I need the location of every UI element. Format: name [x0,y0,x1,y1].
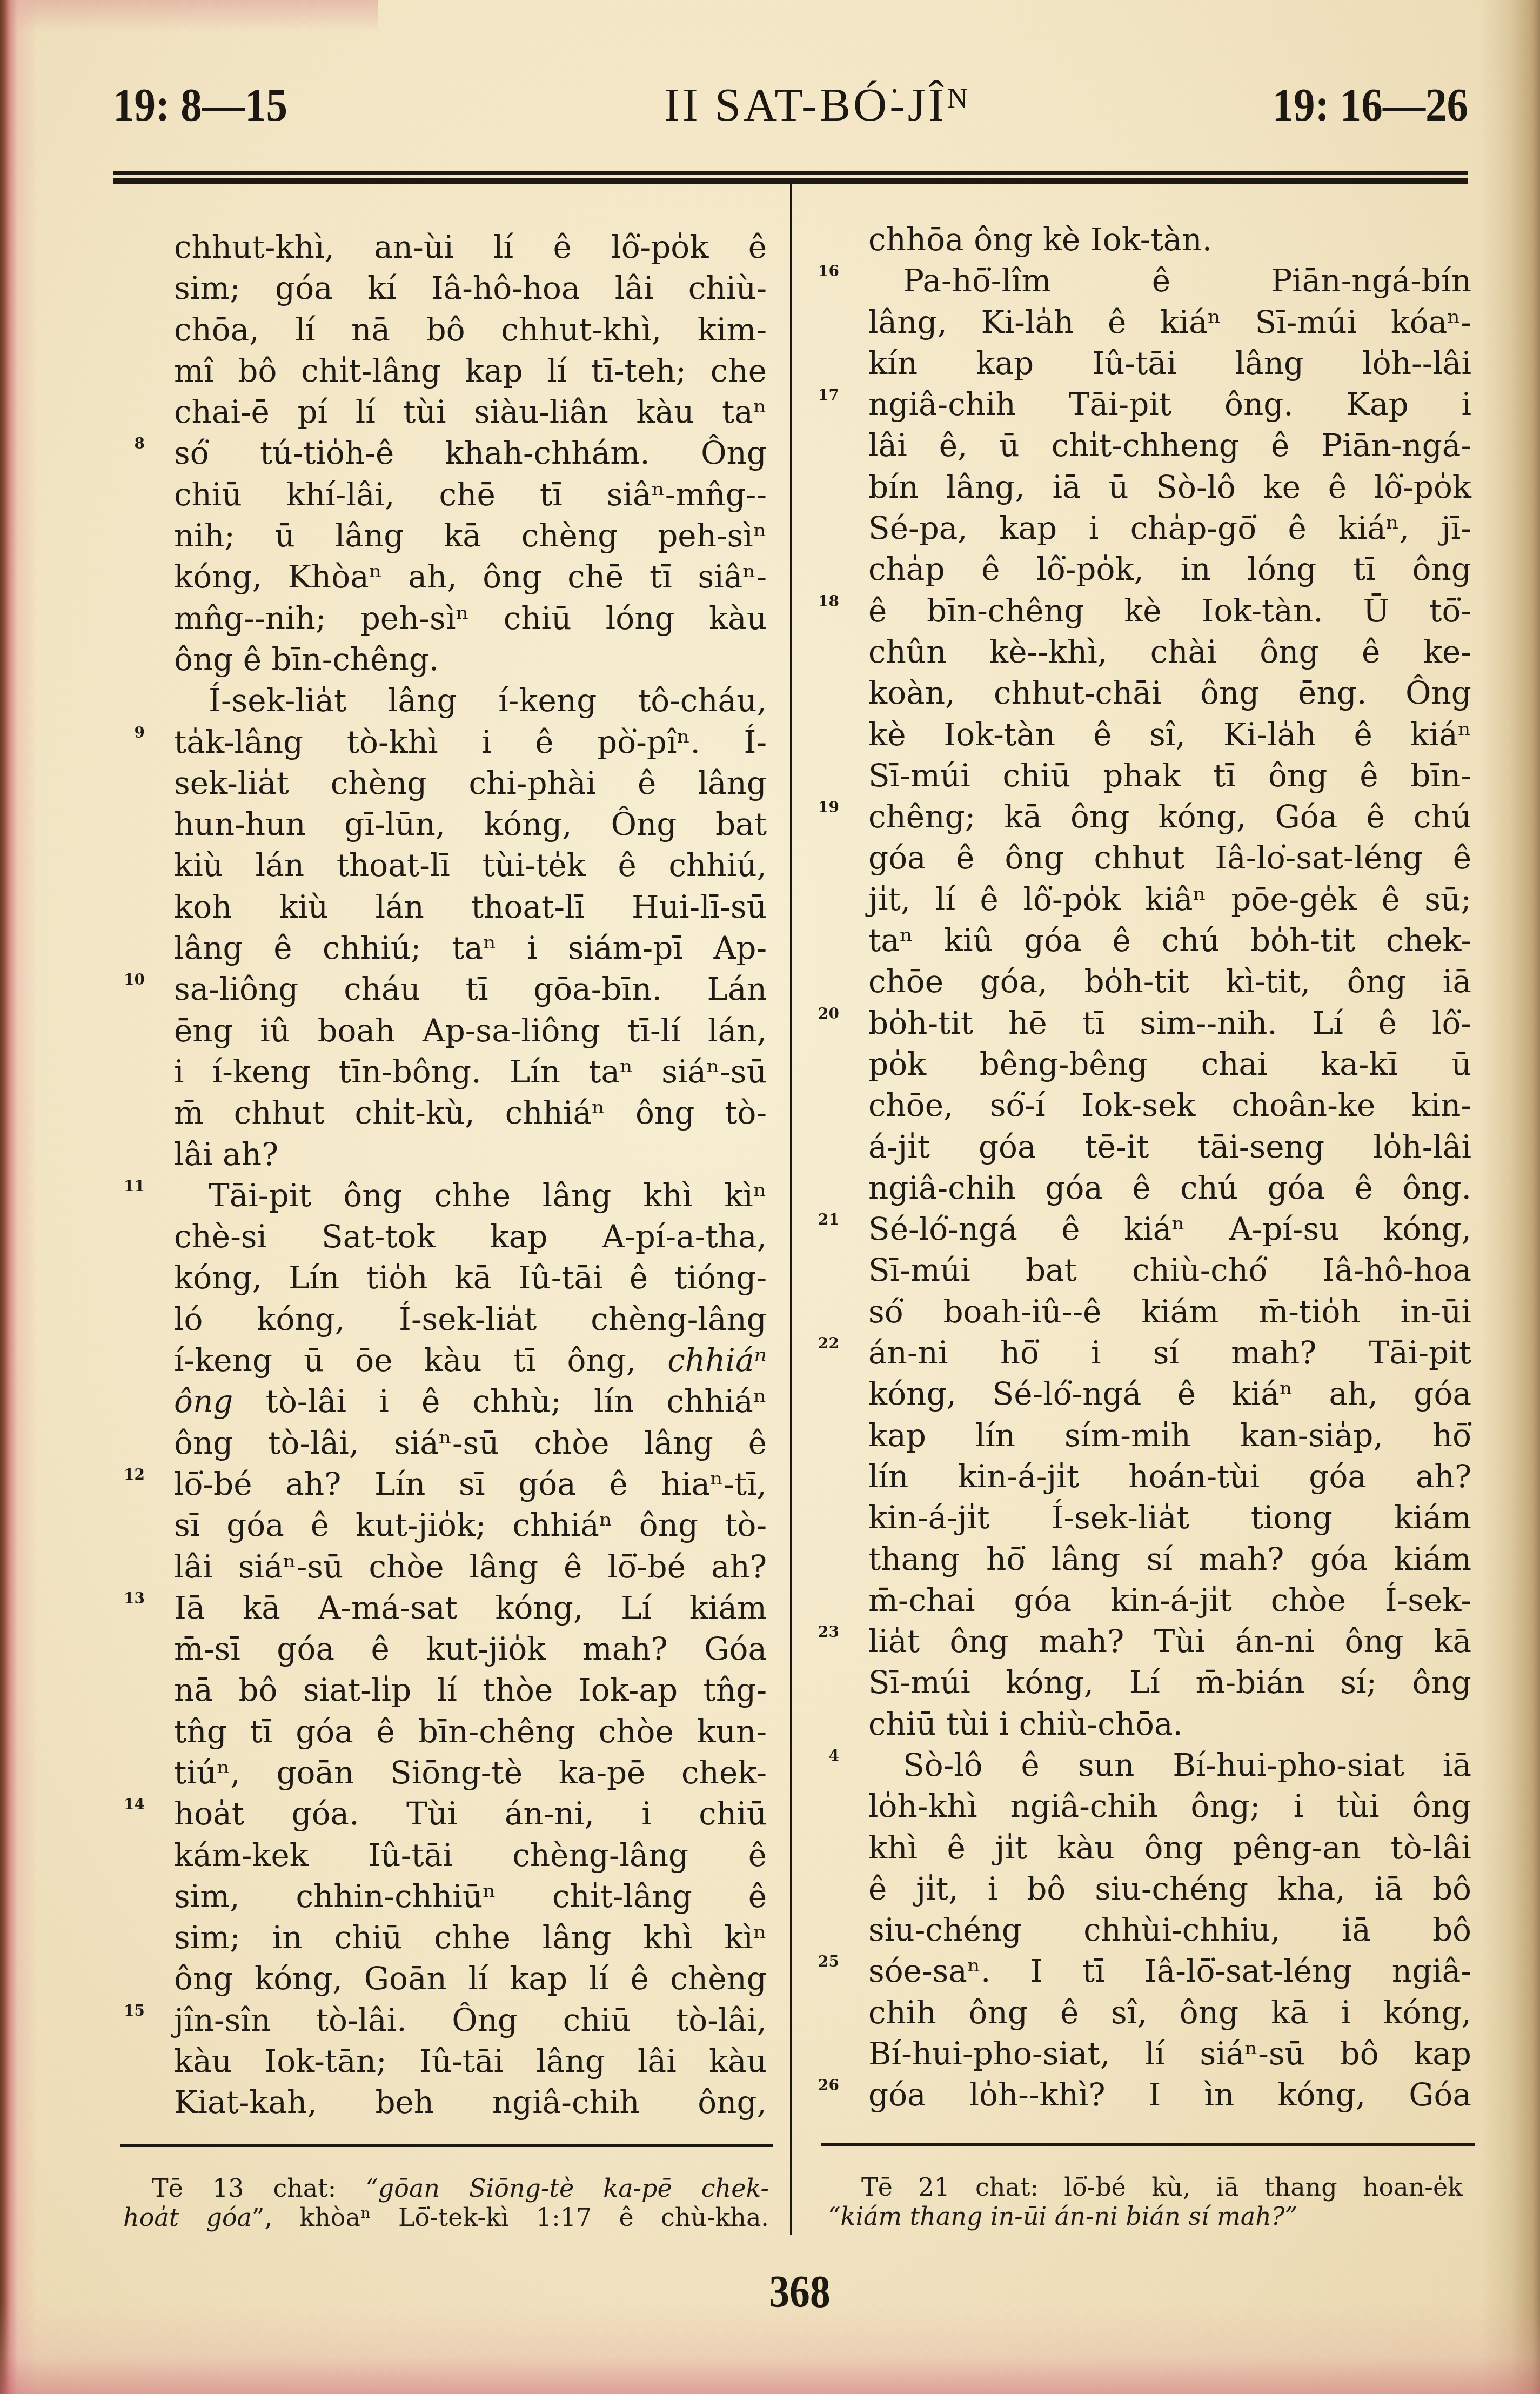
line-text: án-ni hō͘ i sí mah? Tāi-pit [868,1334,1471,1371]
line-text: Sé-ló͘-ngá ê kiáⁿ A-pí-su kóng, [868,1211,1471,1247]
text-line: khì ê ji̍t kàu ông pêng-an tò-lâi [868,1827,1471,1868]
text-line: 20bo̍h-tit hē tī sim--nih. Lí ê lô͘- [868,1002,1471,1044]
text-line: 10sa-liông cháu tī gōa-bīn. Lán [174,968,767,1009]
page-number: 368 [769,2270,830,2315]
text-line: nā bô siat-li̍p lí thòe Iok-ap tn̂g- [174,1669,767,1710]
text-line: kóng, Khòaⁿ ah, ông chē tī siâⁿ- [174,556,767,597]
verse-number: 25 [818,1954,839,1969]
text-line: 18ê bīn-chêng kè Iok-tàn. Ū tō͘- [868,590,1471,631]
line-text: kóng, Khòaⁿ ah, ông chē tī siâⁿ- [174,558,767,595]
text-line: 9ta̍k-lâng tò-khì i ê pò͘-pîⁿ. Í- [174,721,767,763]
line-text: Sò-lô ê sun Bí-hui-pho-siat iā [903,1747,1471,1783]
line-text: sóe-saⁿ. I tī Iâ-lō͘-sat-léng ngiâ- [868,1952,1471,1989]
text-line: hun-hun gī-lūn, kóng, Ông bat [174,804,767,845]
line-text: m̄ chhut chi̍t-kù, chhiáⁿ ông tò- [174,1094,767,1131]
text-line: 4Sò-lô ê sun Bí-hui-pho-siat iā [868,1744,1471,1786]
line-text: sim; in chiū chhe lâng khì kìⁿ [174,1919,767,1956]
line-text: kap lín sím-mi̍h kan-sia̍p, hō͘ [868,1417,1471,1454]
text-line: 15jîn-sîn tò-lâi. Ông chiū tò-lâi, [174,2000,767,2041]
line-text: ông kóng, Goān lí kap lí ê chèng [174,1960,767,1997]
text-line: taⁿ kiû góa ê chú bo̍h-tit chek- [868,920,1471,961]
verse-number: 12 [124,1467,145,1482]
line-text: ngiâ-chih Tāi-pit ông. Kap i [868,386,1471,423]
text-line: góa ê ông chhut Iâ-lo͘-sat-léng ê [868,837,1471,878]
line-text: Sī-múi kóng, Lí m̄-bián sí; ông [868,1664,1471,1701]
line-text: sim, chhin-chhiūⁿ chi̍t-lâng ê [174,1878,767,1915]
header-rule-top [113,171,1468,175]
line-text: kám-kek Iû-tāi chèng-lâng ê [174,1837,767,1874]
line-text: mn̂g--nih; peh-sìⁿ chiū lóng kàu [174,600,767,637]
text-line: chiū khí-lâi, chē tī siâⁿ-mn̂g-- [174,474,767,515]
footnote-left: Tē 13 chat: “gōan Siōng-tè ka-pē chek- h… [123,2174,769,2232]
line-text: chhut-khì, an-ùi lí ê lô͘-po̍k ê [174,229,767,265]
line-text: chai-ē pí lí tùi siàu-liân kàu taⁿ [174,393,767,430]
text-line: chōe góa, bo̍h-tit kì-tit, ông iā [868,961,1471,1002]
page-edge-left [0,0,38,2394]
text-line: 14hoa̍t góa. Tùi án-ni, i chiū [174,1793,767,1834]
verse-number: 4 [829,1748,839,1763]
footnote-right: Tē 21 chat: lō͘-bé kù, iā thang hoan-e̍k… [828,2172,1463,2231]
text-line: ji̍t, lí ê lô͘-po̍k kiâⁿ pōe-ge̍k ê sū; [868,879,1471,920]
line-text: sī góa ê kut-jio̍k; chhiáⁿ ông tò- [174,1507,767,1543]
text-line: sim; in chiū chhe lâng khì kìⁿ [174,1917,767,1958]
line-text: chêng; kā ông kóng, Góa ê chú [868,798,1471,835]
text-line: 25sóe-saⁿ. I tī Iâ-lō͘-sat-léng ngiâ- [868,1950,1471,1991]
line-text: m̄-sī góa ê kut-jio̍k mah? Góa [174,1630,767,1667]
header-left-reference: 19: 8—15 [113,82,287,128]
line-text: Kiat-kah, beh ngiâ-chih ông, [174,2084,767,2121]
text-line: só͘ boah-iû--ê kiám m̄-tio̍h in-ūi [868,1291,1471,1332]
line-text: lín kin-á-ji̍t hoán-tùi góa ah? [868,1458,1471,1495]
line-text: chiū tùi i chiù-chōa. [868,1706,1183,1742]
line-text: Sé-pa, kap i cha̍p-gō͘ ê kiáⁿ, jī- [868,510,1471,546]
line-text: lō͘-bé ah? Lín sī góa ê hiaⁿ-tī, [174,1466,767,1502]
text-line: lâi siáⁿ-sū chòe lâng ê lō͘-bé ah? [174,1546,767,1587]
line-text: taⁿ kiû góa ê chú bo̍h-tit chek- [868,922,1471,959]
line-text: kín kap Iû-tāi lâng lo̍h--lâi [868,345,1471,382]
text-line: 17ngiâ-chih Tāi-pit ông. Kap i [868,384,1471,425]
footnote-italic-text: “kiám thang in-ūi án-ni bián sí mah?” [828,2202,1297,2231]
text-line: kè Iok-tàn ê sî, Ki-la̍h ê kiáⁿ [868,714,1471,755]
text-line: i í-keng tīn-bông. Lín taⁿ siáⁿ-sū [174,1051,767,1092]
text-line: kóng, Sé-ló͘-ngá ê kiáⁿ ah, góa [868,1373,1471,1414]
verse-number: 11 [124,1179,145,1194]
text-line: ngiâ-chih góa ê chú góa ê ông. [868,1167,1471,1208]
text-line: 16Pa-hō͘-lîm ê Piān-ngá-bín [868,260,1471,301]
text-line: ông ê bīn-chêng. [174,639,767,680]
footnote-text: Tē 13 chat: [152,2174,365,2203]
text-line: bín lâng, iā ū Sò-lô ke ê lô͘-po̍k [868,466,1471,507]
line-text: lia̍t ông mah? Tùi án-ni ông kā [868,1623,1471,1660]
footnote-italic-text: “gōan Siōng-tè ka-pē chek- [365,2174,769,2203]
text-line: 11Tāi-pit ông chhe lâng khì kìⁿ [174,1175,767,1216]
text-line: 19chêng; kā ông kóng, Góa ê chú [868,796,1471,837]
line-text: lâi siáⁿ-sū chòe lâng ê lō͘-bé ah? [174,1548,767,1585]
line-text: tiúⁿ, goān Siōng-tè ka-pē chek- [174,1754,767,1791]
footnote-line: hoa̍t góa”, khòaⁿ Lō͘-tek-kì 1:17 ê chù-… [123,2203,769,2232]
footnote-line: “kiám thang in-ūi án-ni bián sí mah?” [828,2202,1463,2231]
footnote-text: ”, khòaⁿ Lō͘-tek-kì 1:17 ê chù-kha. [252,2203,769,2232]
text-line: siu-chéng chhùi-chhiu, iā bô [868,1909,1471,1950]
text-line: sī góa ê kut-jio̍k; chhiáⁿ ông tò- [174,1504,767,1546]
line-text: chōa, lí nā bô chhut-khì, kim- [174,311,767,348]
line-text: chiū khí-lâi, chē tī siâⁿ-mn̂g-- [174,476,767,513]
verse-number: 15 [124,2003,145,2018]
verse-number: 8 [135,436,145,451]
line-text: kóng, Lín tio̍h kā Iû-tāi ê tióng- [174,1259,767,1296]
text-line: kóng, Lín tio̍h kā Iû-tāi ê tióng- [174,1257,767,1298]
text-line: thang hō͘ lâng sí mah? góa kiám [868,1539,1471,1580]
line-text: khì ê ji̍t kàu ông pêng-an tò-lâi [868,1829,1471,1866]
text-line: sim, chhin-chhiūⁿ chi̍t-lâng ê [174,1876,767,1917]
text-line: lâng, Ki-la̍h ê kiáⁿ Sī-múi kóaⁿ- [868,302,1471,343]
text-line: po̍k bêng-bêng chai ka-kī ū [868,1044,1471,1085]
text-line: ê ji̍t, i bô siu-chéng kha, iā bô [868,1868,1471,1909]
text-line: chai-ē pí lí tùi siàu-liân kàu taⁿ [174,391,767,432]
text-line: chōa, lí nā bô chhut-khì, kim- [174,309,767,350]
verse-number: 19 [818,800,839,815]
text-line: nih; ū lâng kā chèng peh-sìⁿ [174,515,767,556]
line-text: po̍k bêng-bêng chai ka-kī ū [868,1046,1471,1082]
line-text: m̄-chai góa kin-á-ji̍t chòe Í-sek- [868,1582,1471,1619]
text-line: ló kóng, Í-sek-lia̍t chèng-lâng [174,1299,767,1340]
line-text: thang hō͘ lâng sí mah? góa kiám [868,1541,1471,1577]
verse-number: 14 [124,1797,145,1812]
line-text: i í-keng tīn-bông. Lín taⁿ siáⁿ-sū [174,1053,767,1090]
page-edge-stain-top [0,0,378,32]
right-column: chhōa ông kè Iok-tàn. 16Pa-hō͘-lîm ê Piā… [868,219,1471,2116]
italic-text: chhiáⁿ [667,1342,767,1379]
line-text: lo̍h-khì ngiâ-chih ông; i tùi ông [868,1788,1471,1824]
line-text: ông tò-lâi, siáⁿ-sū chòe lâng ê [174,1425,767,1461]
text-line: 8só͘ tú-tio̍h-ê khah-chhám. Ông [174,432,767,473]
line-text: koàn, chhut-chāi ông ēng. Ông [868,674,1471,711]
page-edge-right [1481,0,1540,2394]
left-column: chhut-khì, an-ùi lí ê lô͘-po̍k ê sim; gó… [174,226,767,2123]
text-line: ēng iû boah Ap-sa-liông tī-lí lán, [174,1010,767,1051]
text-line: chhut-khì, an-ùi lí ê lô͘-po̍k ê [174,226,767,268]
line-text: cha̍p ê lô͘-po̍k, in lóng tī ông [868,551,1471,587]
line-text: ta̍k-lâng tò-khì i ê pò͘-pîⁿ. Í- [174,724,767,760]
line-text: chè-si Sat-tok kap A-pí-a-tha, [174,1218,767,1255]
verse-number: 22 [818,1336,839,1351]
text-line: Sī-múi bat chiù-chó͘ Iâ-hô-hoa [868,1249,1471,1290]
line-text: só͘ boah-iû--ê kiám m̄-tio̍h in-ūi [868,1293,1471,1330]
line-text: góa lo̍h--khì? I ìn kóng, Góa [868,2076,1471,2113]
text-line: chhōa ông kè Iok-tàn. [868,219,1471,260]
line-text: Iā kā A-má-sat kóng, Lí kiám [174,1589,767,1626]
text-line: chûn kè--khì, chài ông ê ke- [868,631,1471,672]
line-text: lâi ah? [174,1136,278,1173]
text-line: m̄-sī góa ê kut-jio̍k mah? Góa [174,1628,767,1669]
line-text: í-keng ū ōe kàu tī ông, [174,1342,667,1379]
text-line: chiū tùi i chiù-chōa. [868,1703,1471,1744]
text-line: lâi ah? [174,1134,767,1175]
line-text: sim; góa kí Iâ-hô-hoa lâi chiù- [174,270,767,306]
verse-number: 18 [818,594,839,609]
text-line: Kiat-kah, beh ngiâ-chih ông, [174,2082,767,2123]
scanned-bible-page: 19: 8—15 II SAT-BÓ͘-JÎᴺ 19: 16—26 chhut-… [0,0,1540,2394]
text-line: 22án-ni hō͘ i sí mah? Tāi-pit [868,1332,1471,1373]
italic-text: ông [174,1383,233,1420]
text-line: Sé-pa, kap i cha̍p-gō͘ ê kiáⁿ, jī- [868,507,1471,549]
line-text: ê ji̍t, i bô siu-chéng kha, iā bô [868,1870,1471,1907]
text-line: lín kin-á-ji̍t hoán-tùi góa ah? [868,1456,1471,1497]
text-line: 23lia̍t ông mah? Tùi án-ni ông kā [868,1621,1471,1662]
line-text: hoa̍t góa. Tùi án-ni, i chiū [174,1795,767,1832]
line-text: á-ji̍t góa tē-it tāi-seng lo̍h-lâi [868,1128,1471,1165]
line-text: koh kiù lán thoat-lī Hui-lī-sū [174,888,767,925]
line-text: tò-lâi i ê chhù; lín chhiáⁿ [233,1383,767,1420]
verse-number: 21 [818,1212,839,1227]
text-line: 13Iā kā A-má-sat kóng, Lí kiám [174,1587,767,1628]
line-text: bo̍h-tit hē tī sim--nih. Lí ê lô͘- [868,1005,1471,1041]
verse-number: 9 [135,725,145,740]
text-line: ông tò-lâi i ê chhù; lín chhiáⁿ [174,1381,767,1422]
line-text: jîn-sîn tò-lâi. Ông chiū tò-lâi, [174,2002,767,2038]
line-text: ngiâ-chih góa ê chú góa ê ông. [868,1169,1471,1206]
line-text: lâng ê chhiú; taⁿ i siám-pī Ap- [174,929,767,966]
line-text: kiù lán thoat-lī tùi-te̍k ê chhiú, [174,847,767,884]
footnote-rule-right [821,2143,1475,2146]
line-text: nih; ū lâng kā chèng peh-sìⁿ [174,517,767,554]
text-line: kiù lán thoat-lī tùi-te̍k ê chhiú, [174,845,767,886]
text-line: tn̂g tī góa ê bīn-chêng chòe kun- [174,1711,767,1752]
text-line: 12lō͘-bé ah? Lín sī góa ê hiaⁿ-tī, [174,1463,767,1504]
text-line: kap lín sím-mi̍h kan-sia̍p, hō͘ [868,1415,1471,1456]
text-line: mî bô chi̍t-lâng kap lí tī-teh; che [174,350,767,391]
text-line: 21Sé-ló͘-ngá ê kiáⁿ A-pí-su kóng, [868,1208,1471,1249]
verse-number: 16 [818,264,839,279]
line-text: Sī-múi bat chiù-chó͘ Iâ-hô-hoa [868,1252,1471,1288]
line-text: tn̂g tī góa ê bīn-chêng chòe kun- [174,1713,767,1750]
line-text: góa ê ông chhut Iâ-lo͘-sat-léng ê [868,839,1471,876]
verse-number: 13 [124,1591,145,1606]
line-text: sek-lia̍t chèng chi-phài ê lâng [174,765,767,801]
line-text: mî bô chi̍t-lâng kap lí tī-teh; che [174,352,767,389]
line-text: Bí-hui-pho-siat, lí siáⁿ-sū bô kap [868,2035,1471,2072]
line-text: só͘ tú-tio̍h-ê khah-chhám. Ông [174,434,767,471]
line-text: hun-hun gī-lūn, kóng, Ông bat [174,806,767,842]
verse-number: 20 [818,1006,839,1021]
text-line: Í-sek-lia̍t lâng í-keng tô-cháu, [174,680,767,721]
line-text: nā bô siat-li̍p lí thòe Iok-ap tn̂g- [174,1671,767,1708]
footnote-text: Tē 21 chat: lō͘-bé kù, iā thang hoan-e̍k [861,2172,1463,2202]
line-text: kè Iok-tàn ê sî, Ki-la̍h ê kiáⁿ [868,716,1471,753]
text-line: lo̍h-khì ngiâ-chih ông; i tùi ông [868,1786,1471,1827]
footnote-line: Tē 13 chat: “gōan Siōng-tè ka-pē chek- [123,2174,769,2203]
verse-number: 10 [124,972,145,987]
verse-number: 23 [818,1624,839,1640]
footnote-line: Tē 21 chat: lō͘-bé kù, iā thang hoan-e̍k [828,2172,1463,2202]
line-text: ló kóng, Í-sek-lia̍t chèng-lâng [174,1301,767,1338]
text-line: cha̍p ê lô͘-po̍k, in lóng tī ông [868,549,1471,590]
text-line: sim; góa kí Iâ-hô-hoa lâi chiù- [174,268,767,309]
text-line: koh kiù lán thoat-lī Hui-lī-sū [174,886,767,927]
line-text: siu-chéng chhùi-chhiu, iā bô [868,1911,1471,1948]
text-line: Bí-hui-pho-siat, lí siáⁿ-sū bô kap [868,2033,1471,2074]
text-line: kín kap Iû-tāi lâng lo̍h--lâi [868,343,1471,384]
line-text: Sī-múi chiū phak tī ông ê bīn- [868,757,1471,794]
line-text: sa-liông cháu tī gōa-bīn. Lán [174,971,767,1007]
verse-number: 26 [818,2078,839,2093]
line-text: chōe, só͘-í Iok-sek choân-ke kin- [868,1087,1471,1124]
line-text: lâng, Ki-la̍h ê kiáⁿ Sī-múi kóaⁿ- [868,304,1471,340]
text-line: chè-si Sat-tok kap A-pí-a-tha, [174,1216,767,1257]
text-line: í-keng ū ōe kàu tī ông, chhiáⁿ [174,1340,767,1381]
line-text: Í-sek-lia̍t lâng í-keng tô-cháu, [209,682,767,719]
header-book-title: II SAT-BÓ͘-JÎᴺ [664,82,970,128]
line-text: ēng iû boah Ap-sa-liông tī-lí lán, [174,1012,767,1049]
line-text: chûn kè--khì, chài ông ê ke- [868,633,1471,670]
footnote-italic-text: hoa̍t góa [123,2203,252,2232]
text-line: ông tò-lâi, siáⁿ-sū chòe lâng ê [174,1422,767,1463]
text-line: koàn, chhut-chāi ông ēng. Ông [868,672,1471,713]
text-line: chōe, só͘-í Iok-sek choân-ke kin- [868,1085,1471,1126]
text-line: Sī-múi kóng, Lí m̄-bián sí; ông [868,1662,1471,1703]
text-line: 26góa lo̍h--khì? I ìn kóng, Góa [868,2074,1471,2115]
line-text: ji̍t, lí ê lô͘-po̍k kiâⁿ pōe-ge̍k ê sū; [868,881,1471,918]
line-text: chhōa ông kè Iok-tàn. [868,221,1212,258]
line-text: lâi ê, ū chi̍t-chheng ê Piān-ngá- [868,427,1471,464]
text-line: Sī-múi chiū phak tī ông ê bīn- [868,755,1471,796]
text-line: m̄ chhut chi̍t-kù, chhiáⁿ ông tò- [174,1092,767,1133]
verse-number: 17 [818,387,839,403]
line-text: bín lâng, iā ū Sò-lô ke ê lô͘-po̍k [868,469,1471,505]
text-line: tiúⁿ, goān Siōng-tè ka-pē chek- [174,1752,767,1793]
header-right-reference: 19: 16—26 [1272,82,1468,128]
line-text: chih ông ê sî, ông kā i kóng, [868,1994,1471,2031]
line-text: ê bīn-chêng kè Iok-tàn. Ū tō͘- [868,592,1471,629]
text-line: lâng ê chhiú; taⁿ i siám-pī Ap- [174,927,767,968]
footnote-rule-left [120,2144,773,2147]
line-text: chōe góa, bo̍h-tit kì-tit, ông iā [868,963,1471,1000]
line-text: kàu Iok-tān; Iû-tāi lâng lâi kàu [174,2043,767,2079]
line-text: kin-á-ji̍t Í-sek-lia̍t tiong kiám [868,1499,1471,1536]
text-line: á-ji̍t góa tē-it tāi-seng lo̍h-lâi [868,1126,1471,1167]
text-line: mn̂g--nih; peh-sìⁿ chiū lóng kàu [174,598,767,639]
text-line: chih ông ê sî, ông kā i kóng, [868,1992,1471,2033]
text-line: kàu Iok-tān; Iû-tāi lâng lâi kàu [174,2041,767,2082]
text-line: kin-á-ji̍t Í-sek-lia̍t tiong kiám [868,1497,1471,1538]
column-divider [790,184,792,2235]
text-line: sek-lia̍t chèng chi-phài ê lâng [174,763,767,804]
text-line: lâi ê, ū chi̍t-chheng ê Piān-ngá- [868,425,1471,466]
line-text: Tāi-pit ông chhe lâng khì kìⁿ [209,1177,767,1214]
line-text: ông ê bīn-chêng. [174,641,439,678]
text-line: m̄-chai góa kin-á-ji̍t chòe Í-sek- [868,1580,1471,1621]
text-line: kám-kek Iû-tāi chèng-lâng ê [174,1835,767,1876]
line-text: kóng, Sé-ló͘-ngá ê kiáⁿ ah, góa [868,1375,1471,1412]
text-line: ông kóng, Goān lí kap lí ê chèng [174,1958,767,1999]
line-text: Pa-hō͘-lîm ê Piān-ngá-bín [903,262,1471,299]
